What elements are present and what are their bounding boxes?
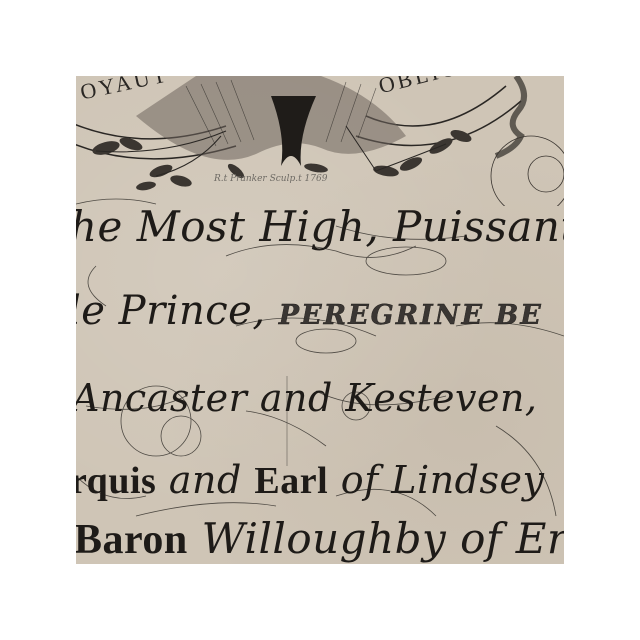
line-most-high-puissant: he Most High, Puissant, and	[76, 202, 564, 251]
line-ancaster-kesteven: Ancaster and Kesteven,	[76, 376, 538, 420]
engraver-signature: R.t Pranker Sculp.t 1769	[214, 174, 327, 184]
marquis-text: rquis	[76, 460, 156, 502]
prince-text: le Prince,	[76, 288, 266, 334]
line-prince-peregrine: le Prince, PEREGRINE BE	[76, 288, 543, 334]
engraved-document: OYAUT OBLIGE R.t Pranker Sculp.t 1769 he	[76, 76, 564, 564]
line-baron-willoughby: Baron Willoughby of Eresby,	[76, 514, 564, 564]
earl-text: Earl	[254, 460, 328, 502]
line-marquis-earl-lindsey: rquis and Earl of Lindsey	[76, 458, 544, 503]
crest-ornament	[76, 76, 564, 206]
willoughby-text: Willoughby of Eresby,	[188, 514, 564, 563]
of-lindsey-text: of Lindsey	[328, 458, 544, 502]
baron-text: Baron	[76, 517, 188, 563]
and-text: and	[156, 458, 254, 502]
peregrine-name: PEREGRINE BE	[279, 300, 543, 331]
